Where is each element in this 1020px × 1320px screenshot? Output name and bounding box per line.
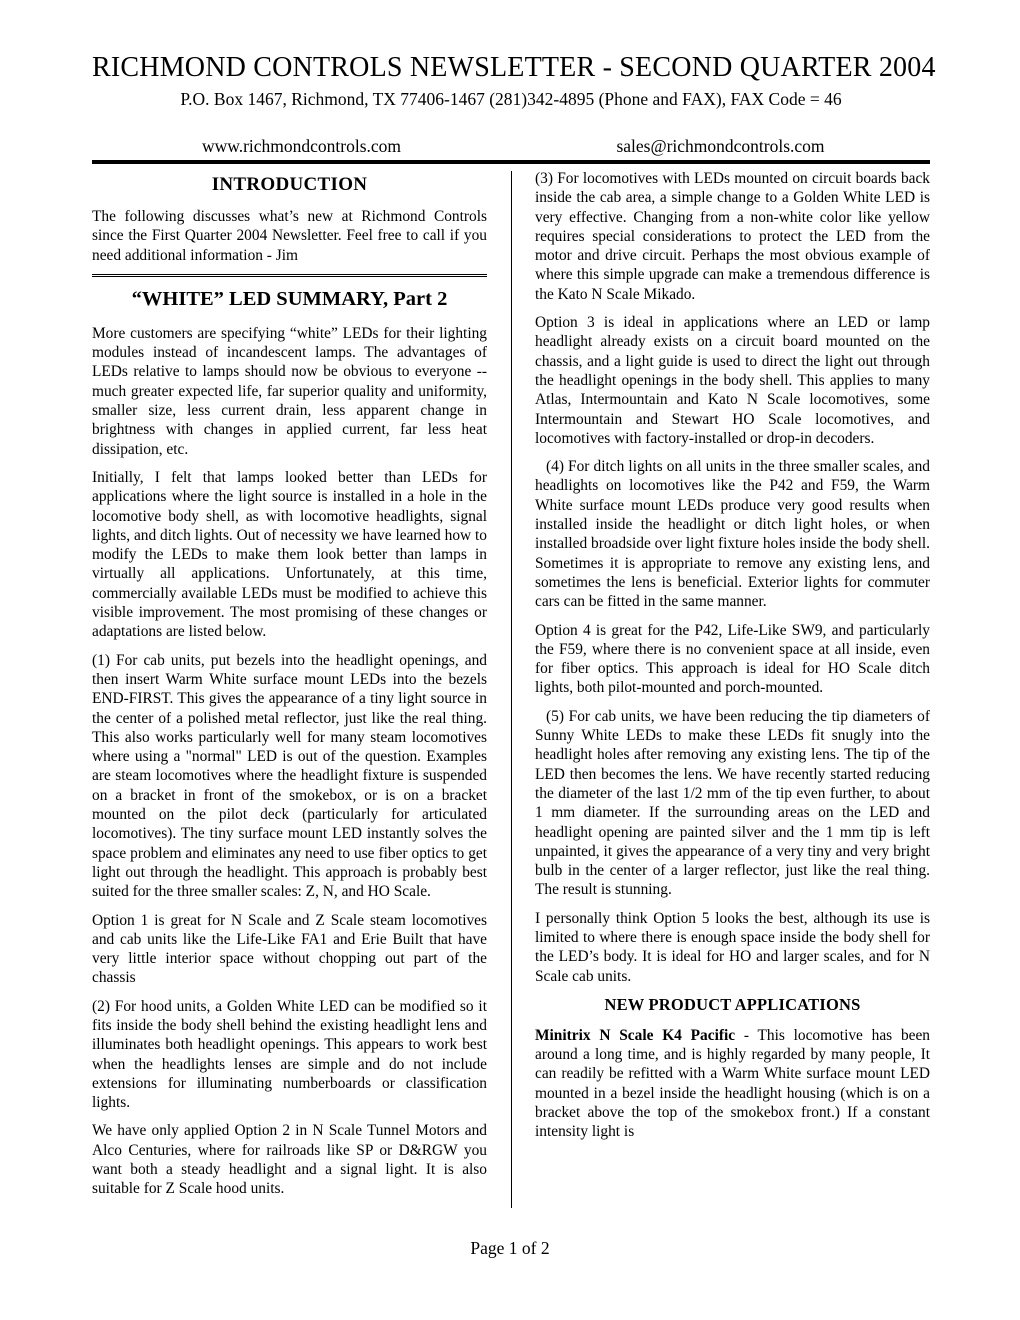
paragraph: Initially, I felt that lamps looked bett… bbox=[92, 468, 487, 642]
address-line: P.O. Box 1467, Richmond, TX 77406-1467 (… bbox=[92, 88, 930, 110]
page-number: Page 1 of 2 bbox=[470, 1238, 549, 1258]
header-rule bbox=[92, 160, 930, 164]
section-divider bbox=[92, 274, 487, 277]
paragraph: (2) For hood units, a Golden White LED c… bbox=[92, 997, 487, 1113]
contact-links-row: www.richmondcontrols.com sales@richmondc… bbox=[92, 136, 930, 157]
website-link: www.richmondcontrols.com bbox=[92, 136, 511, 157]
newsletter-page: RICHMOND CONTROLS NEWSLETTER - SECOND QU… bbox=[0, 0, 1020, 1320]
email-link: sales@richmondcontrols.com bbox=[511, 136, 930, 157]
paragraph: (4) For ditch lights on all units in the… bbox=[535, 457, 930, 611]
section-heading-introduction: INTRODUCTION bbox=[92, 174, 487, 196]
paragraph-minitrix: Minitrix N Scale K4 Pacific - This locom… bbox=[535, 1026, 930, 1142]
section-heading-white-led-summary: “WHITE” LED SUMMARY, Part 2 bbox=[92, 288, 487, 311]
column-divider bbox=[511, 171, 512, 1208]
minitrix-lead: Minitrix N Scale K4 Pacific bbox=[535, 1027, 735, 1044]
paragraph: (1) For cab units, put bezels into the h… bbox=[92, 651, 487, 902]
left-column: INTRODUCTION The following discusses wha… bbox=[92, 169, 487, 1208]
paragraph: We have only applied Option 2 in N Scale… bbox=[92, 1121, 487, 1198]
newsletter-title: RICHMOND CONTROLS NEWSLETTER - SECOND QU… bbox=[92, 52, 930, 84]
section-heading-new-product-applications: NEW PRODUCT APPLICATIONS bbox=[535, 995, 930, 1015]
paragraph: (3) For locomotives with LEDs mounted on… bbox=[535, 169, 930, 304]
paragraph: Option 1 is great for N Scale and Z Scal… bbox=[92, 911, 487, 988]
paragraph: More customers are specifying “white” LE… bbox=[92, 324, 487, 459]
paragraph: (5) For cab units, we have been reducing… bbox=[535, 707, 930, 900]
two-column-body: INTRODUCTION The following discusses wha… bbox=[92, 169, 930, 1208]
paragraph: I personally think Option 5 looks the be… bbox=[535, 909, 930, 986]
paragraph: Option 4 is great for the P42, Life-Like… bbox=[535, 621, 930, 698]
page-footer: Page 1 of 2 bbox=[0, 1238, 1020, 1259]
paragraph: Option 3 is ideal in applications where … bbox=[535, 313, 930, 448]
right-column: (3) For locomotives with LEDs mounted on… bbox=[535, 169, 930, 1208]
paragraph: The following discusses what’s new at Ri… bbox=[92, 207, 487, 265]
